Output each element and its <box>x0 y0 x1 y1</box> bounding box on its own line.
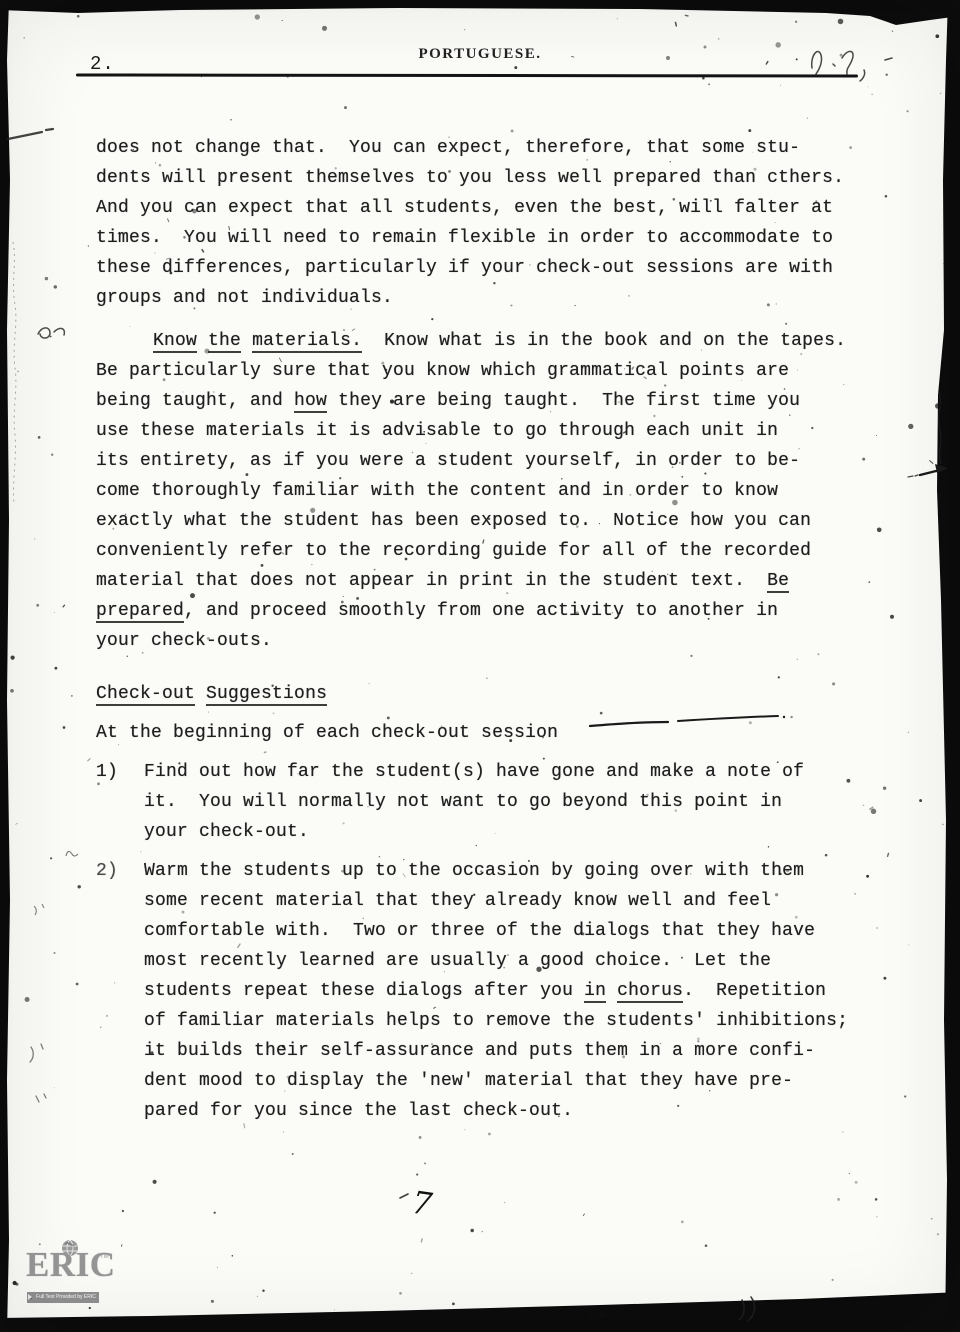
list-item-1: 1) Find out how far the student(s) have … <box>96 757 896 847</box>
header-rule <box>76 73 858 77</box>
list-marker-1: 1) <box>96 757 118 787</box>
eric-banner: Full Text Provided by ERIC <box>27 1292 99 1303</box>
text-line: being taught, and how they are being tau… <box>96 386 896 416</box>
text-line: dent mood to display the 'new' material … <box>144 1066 896 1096</box>
text-line: your check-out. <box>144 817 896 847</box>
text-line: prepared, and proceed smoothly from one … <box>96 596 896 626</box>
text-line: comfortable with. Two or three of the di… <box>144 916 896 946</box>
text-line: your check-outs. <box>96 626 896 656</box>
section-heading-text: Check-out Suggestions <box>96 679 896 709</box>
text-line: Find out how far the student(s) have gon… <box>144 757 896 787</box>
text-line: conveniently refer to the recording guid… <box>96 536 896 566</box>
section-heading-checkout-suggestions: Check-out Suggestions <box>96 679 896 709</box>
eric-trademark: TM <box>100 1254 109 1260</box>
text-line: And you can expect that all students, ev… <box>96 193 896 223</box>
eric-logo: ERIC TM Full Text Provided by ERIC <box>26 1240 112 1308</box>
text-line: come thoroughly familiar with the conten… <box>96 476 896 506</box>
text-line: some recent material that they already k… <box>144 886 896 916</box>
text-line: of familiar materials helps to remove th… <box>144 1006 896 1036</box>
text-line: does not change that. You can expect, th… <box>96 133 896 163</box>
text-line: material that does not appear in print i… <box>96 566 896 596</box>
text-line: its entirety, as if you were a student y… <box>96 446 896 476</box>
scanned-page: 2. PORTUGUESE. does not change that. You… <box>0 0 960 1332</box>
text-line: Know the materials. Know what is in the … <box>96 326 896 356</box>
border-top <box>0 0 960 25</box>
text-line: Warm the students up to the occasion by … <box>144 856 896 886</box>
text-line: dents will present themselves to you les… <box>96 163 896 193</box>
list-marker-2: 2) <box>96 856 118 886</box>
border-bottom <box>0 1292 960 1332</box>
page-title: PORTUGUESE. <box>0 46 960 63</box>
text-line: it builds their self-assurance and puts … <box>144 1036 896 1066</box>
text-line: students repeat these dialogs after you … <box>144 976 896 1006</box>
text-line: Be particularly sure that you know which… <box>96 356 896 386</box>
border-right <box>937 0 960 1332</box>
text-line: times. You will need to remain flexible … <box>96 223 896 253</box>
handwritten-page-number: 7 <box>410 1185 435 1223</box>
paragraph-2: Know the materials. Know what is in the … <box>96 326 896 656</box>
right-margin-arrow <box>908 464 948 477</box>
section-intro: At the beginning of each check-out sessi… <box>96 718 896 748</box>
paragraph-1: does not change that. You can expect, th… <box>96 133 896 313</box>
text-line: At the beginning of each check-out sessi… <box>96 718 896 748</box>
text-line: most recently learned are usually a good… <box>144 946 896 976</box>
list-item-2: 2) Warm the students up to the occasion … <box>96 856 896 1126</box>
text-line: use these materials it is advisable to g… <box>96 416 896 446</box>
text-line: exactly what the student has been expose… <box>96 506 896 536</box>
border-left <box>0 0 10 1332</box>
text-line: groups and not individuals. <box>96 283 896 313</box>
text-line: pared for you since the last check-out. <box>144 1096 896 1126</box>
text-line: it. You will normally not want to go bey… <box>144 787 896 817</box>
document-body: does not change that. You can expect, th… <box>96 133 896 1126</box>
text-line: these differences, particularly if your … <box>96 253 896 283</box>
